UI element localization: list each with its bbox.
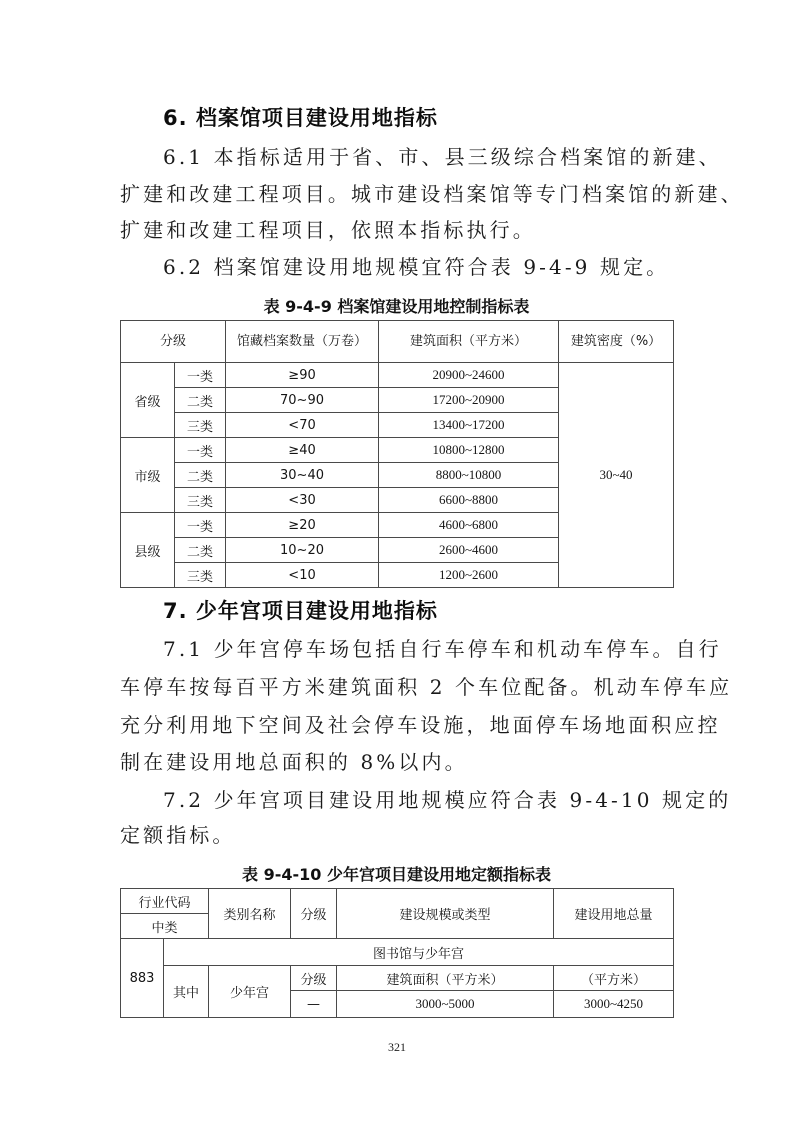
header-industry-code: 行业代码: [121, 889, 209, 914]
area-cell: 2600~4600: [379, 538, 559, 563]
class-cell: 一类: [175, 363, 226, 388]
section-6-heading: 6. 档案馆项目建设用地指标: [163, 100, 438, 137]
holdings-cell: 10~20: [226, 538, 379, 563]
sub-header-grade: 分级: [291, 966, 337, 991]
area-cell: 13400~17200: [379, 413, 559, 438]
density-cell: 30~40: [559, 363, 674, 588]
name-cell: 少年宫: [209, 966, 291, 1018]
sub-header-land-unit: （平方米）: [554, 966, 674, 991]
area-cell: 3000~5000: [337, 991, 554, 1018]
header-grade: 分级: [121, 321, 226, 363]
holdings-cell: ≥90: [226, 363, 379, 388]
page-number: 321: [0, 1040, 794, 1055]
table-row: 其中 少年宫 分级 建筑面积（平方米） （平方米）: [121, 966, 674, 991]
header-holdings: 馆藏档案数量（万卷）: [226, 321, 379, 363]
header-density: 建筑密度（%）: [559, 321, 674, 363]
holdings-cell: 70~90: [226, 388, 379, 413]
paragraph-6-1-line-1: 6.1 本指标适用于省、市、县三级综合档案馆的新建、: [120, 139, 676, 176]
paragraph-6-1-line-3: 扩建和改建工程项目，依照本指标执行。: [120, 212, 676, 249]
header-total-land: 建设用地总量: [554, 889, 674, 939]
code-cell: 883: [121, 939, 164, 1018]
section-7-heading: 7. 少年宫项目建设用地指标: [163, 593, 438, 630]
table-header-row: 分级 馆藏档案数量（万卷） 建筑面积（平方米） 建筑密度（%）: [121, 321, 674, 363]
sub-header-area: 建筑面积（平方米）: [337, 966, 554, 991]
level-cell: 市级: [121, 438, 175, 513]
header-grade: 分级: [291, 889, 337, 939]
holdings-cell: ≥20: [226, 513, 379, 538]
class-cell: 三类: [175, 413, 226, 438]
header-mid-class: 中类: [121, 914, 209, 939]
land-cell: 3000~4250: [554, 991, 674, 1018]
class-cell: 二类: [175, 463, 226, 488]
holdings-cell: 30~40: [226, 463, 379, 488]
paragraph-7-1-line-1: 7.1 少年宫停车场包括自行车停车和机动车停车。自行: [120, 631, 676, 668]
paragraph-7-2-line-1: 7.2 少年宫项目建设用地规模应符合表 9-4-10 规定的: [120, 782, 676, 819]
table-9-4-10-caption: 表 9-4-10 少年宫项目建设用地定额指标表: [120, 862, 673, 885]
group-title-cell: 图书馆与少年宫: [164, 939, 674, 966]
paragraph-6-2: 6.2 档案馆建设用地规模宜符合表 9-4-9 规定。: [120, 249, 676, 286]
header-area: 建筑面积（平方米）: [379, 321, 559, 363]
area-cell: 8800~10800: [379, 463, 559, 488]
class-cell: 一类: [175, 438, 226, 463]
level-cell: 省级: [121, 363, 175, 438]
among-cell: 其中: [164, 966, 209, 1018]
holdings-cell: <30: [226, 488, 379, 513]
table-9-4-9-caption: 表 9-4-9 档案馆建设用地控制指标表: [120, 294, 673, 317]
paragraph-7-1-line-2: 车停车按每百平方米建筑面积 2 个车位配备。机动车停车应: [120, 669, 676, 706]
paragraph-7-2-line-2: 定额指标。: [120, 817, 676, 854]
area-cell: 17200~20900: [379, 388, 559, 413]
holdings-cell: <10: [226, 563, 379, 588]
area-cell: 10800~12800: [379, 438, 559, 463]
class-cell: 一类: [175, 513, 226, 538]
area-cell: 4600~6800: [379, 513, 559, 538]
holdings-cell: ≥40: [226, 438, 379, 463]
paragraph-6-1-line-2: 扩建和改建工程项目。城市建设档案馆等专门档案馆的新建、: [120, 176, 676, 213]
class-cell: 三类: [175, 563, 226, 588]
grade-cell: —: [291, 991, 337, 1018]
area-cell: 6600~8800: [379, 488, 559, 513]
class-cell: 三类: [175, 488, 226, 513]
document-page: 6. 档案馆项目建设用地指标 6.1 本指标适用于省、市、县三级综合档案馆的新建…: [0, 0, 794, 1122]
area-cell: 20900~24600: [379, 363, 559, 388]
holdings-cell: <70: [226, 413, 379, 438]
class-cell: 二类: [175, 388, 226, 413]
class-cell: 二类: [175, 538, 226, 563]
table-row: 883 图书馆与少年宫: [121, 939, 674, 966]
paragraph-7-1-line-3: 充分利用地下空间及社会停车设施，地面停车场地面积应控: [120, 707, 676, 744]
level-cell: 县级: [121, 513, 175, 588]
table-row: 省级 一类 ≥90 20900~24600 30~40: [121, 363, 674, 388]
area-cell: 1200~2600: [379, 563, 559, 588]
table-9-4-9: 分级 馆藏档案数量（万卷） 建筑面积（平方米） 建筑密度（%） 省级 一类 ≥9…: [120, 320, 674, 588]
paragraph-7-1-line-4: 制在建设用地总面积的 8%以内。: [120, 744, 676, 781]
table-9-4-10: 行业代码 类别名称 分级 建设规模或类型 建设用地总量 中类 883 图书馆与少…: [120, 888, 674, 1018]
header-scale-or-type: 建设规模或类型: [337, 889, 554, 939]
table-header-row: 行业代码 类别名称 分级 建设规模或类型 建设用地总量: [121, 889, 674, 914]
header-category-name: 类别名称: [209, 889, 291, 939]
